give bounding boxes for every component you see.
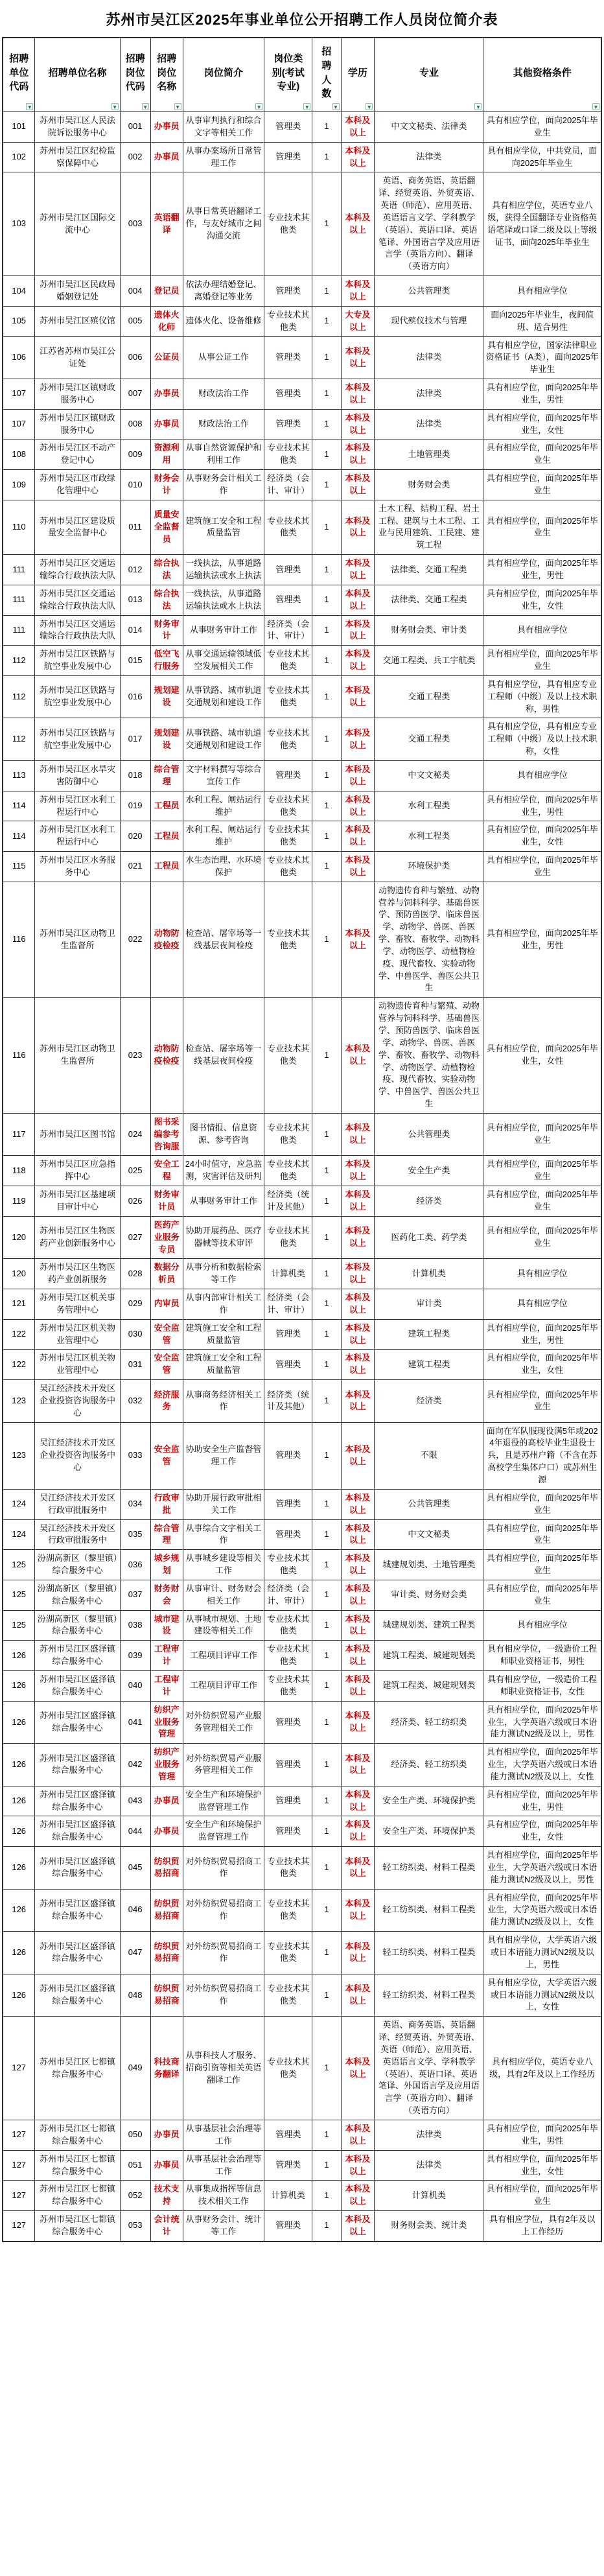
unit-code-cell: 123 <box>3 1422 35 1489</box>
post-code-cell: 024 <box>120 1113 150 1156</box>
major-cell: 土地管理类 <box>375 439 483 470</box>
education-cell: 本科及以上 <box>341 1156 375 1186</box>
category-cell: 管理类 <box>264 1816 312 1847</box>
filter-dropdown-icon[interactable]: ▼ <box>26 103 33 110</box>
post-code-cell: 013 <box>120 585 150 615</box>
count-cell: 1 <box>312 306 341 336</box>
education-cell: 本科及以上 <box>341 336 375 379</box>
other-conditions-cell: 具有相应学位，面向2025年毕业生，大学英语六级或日本语能力测试N2级及以上，男… <box>483 1701 601 1744</box>
post-description-cell: 检查站、屠宰场等一线基层夜间检疫 <box>183 998 264 1114</box>
education-cell: 本科及以上 <box>341 1422 375 1489</box>
education-cell: 本科及以上 <box>341 112 375 143</box>
table-row: 119苏州市吴江区基建项目审计中心026财务审计员从事财务审计工作经济类（统计及… <box>3 1186 601 1217</box>
other-conditions-cell: 具有相应学位，面向2025年毕业生，女性 <box>483 1350 601 1380</box>
education-cell: 本科及以上 <box>341 1786 375 1816</box>
table-row: 103苏州市吴江区国际交流中心003英语翻译从事日常英语翻译工作，与友好城市之间… <box>3 172 601 276</box>
education-cell: 本科及以上 <box>341 2181 375 2211</box>
education-cell: 本科及以上 <box>341 1113 375 1156</box>
table-row: 127苏州市吴江区七都镇综合服务中心052技术支持从事集成指挥等信息技术相关工作… <box>3 2181 601 2211</box>
post-name-cell: 规划建设 <box>150 718 183 761</box>
education-cell: 本科及以上 <box>341 760 375 791</box>
table-row: 127苏州市吴江区七都镇综合服务中心051办事员从事基层社会治理等工作管理类1本… <box>3 2150 601 2181</box>
post-name-cell: 财务审计员 <box>150 1186 183 1217</box>
unit-name-cell: 苏州市吴江区图书馆 <box>35 1113 120 1156</box>
column-header-label: 招聘单位代码 <box>9 53 29 93</box>
column-header-post-description-cell: 岗位简介▼ <box>183 38 264 112</box>
count-cell: 1 <box>312 1744 341 1786</box>
table-row: 112苏州市吴江区铁路与航空事业发展中心016规划建设从事铁路、城市轨道交通规划… <box>3 675 601 718</box>
education-cell: 本科及以上 <box>341 585 375 615</box>
category-cell: 计算机类 <box>264 2181 312 2211</box>
education-cell: 本科及以上 <box>341 1670 375 1701</box>
column-header-education-cell: 学历▼ <box>341 38 375 112</box>
count-cell: 1 <box>312 379 341 410</box>
post-code-cell: 004 <box>120 276 150 307</box>
education-cell: 本科及以上 <box>341 615 375 646</box>
table-row: 126苏州市吴江区盛泽镇综合服务中心046纺织贸易招商对外纺织贸易招商工作专业技… <box>3 1889 601 1932</box>
category-cell: 计算机类 <box>264 1259 312 1289</box>
category-cell: 管理类 <box>264 112 312 143</box>
post-code-cell: 053 <box>120 2211 150 2242</box>
other-conditions-cell: 具有相应学位 <box>483 615 601 646</box>
other-conditions-cell: 具有相应学位，具有相应专业工程师（中级）及以上技术职称，男性 <box>483 675 601 718</box>
unit-name-cell: 苏州市吴江区水利工程运行中心 <box>35 791 120 821</box>
count-cell: 1 <box>312 2150 341 2181</box>
category-cell: 专业技术其他类 <box>264 718 312 761</box>
column-header-label: 招聘人数 <box>321 46 331 99</box>
count-cell: 1 <box>312 1550 341 1580</box>
filter-dropdown-icon[interactable]: ▼ <box>303 103 310 110</box>
table-row: 126苏州市吴江区盛泽镇综合服务中心039工程审计工程项目评审工作专业技术其他类… <box>3 1641 601 1671</box>
other-conditions-cell: 具有相应学位，面向2025年毕业生，大学英语六级或日本语能力测试N2级及以上，男… <box>483 1847 601 1890</box>
post-name-cell: 工程审计 <box>150 1670 183 1701</box>
category-cell: 专业技术其他类 <box>264 1156 312 1186</box>
category-cell: 管理类 <box>264 1744 312 1786</box>
post-description-cell: 一线执法，从事道路运输执法或水上执法 <box>183 555 264 585</box>
unit-name-cell: 苏州市吴江区七都镇综合服务中心 <box>35 2181 120 2211</box>
unit-code-cell: 116 <box>3 882 35 998</box>
major-cell: 安全生产类、环境保护类 <box>375 1786 483 1816</box>
post-code-cell: 003 <box>120 172 150 276</box>
post-name-cell: 医药产业服务专员 <box>150 1216 183 1259</box>
count-cell: 1 <box>312 1816 341 1847</box>
count-cell: 1 <box>312 1580 341 1610</box>
unit-name-cell: 苏州市吴江区机关物业管理中心 <box>35 1319 120 1350</box>
education-cell: 本科及以上 <box>341 1259 375 1289</box>
filter-dropdown-icon[interactable]: ▼ <box>592 103 599 110</box>
table-row: 124吴江经济技术开发区行政审批服务中035综合管理从事综合文字相关工作管理类1… <box>3 1519 601 1550</box>
post-description-cell: 建筑施工安全和工程质量监管 <box>183 1350 264 1380</box>
category-cell: 专业技术其他类 <box>264 500 312 554</box>
unit-name-cell: 苏州市吴江区七都镇综合服务中心 <box>35 2150 120 2181</box>
category-cell: 经济类（统计及其他） <box>264 1186 312 1217</box>
category-cell: 专业技术其他类 <box>264 1847 312 1890</box>
major-cell: 建筑工程类、城建规划类 <box>375 1670 483 1701</box>
education-cell: 本科及以上 <box>341 142 375 172</box>
post-code-cell: 019 <box>120 791 150 821</box>
unit-code-cell: 126 <box>3 1889 35 1932</box>
category-cell: 管理类 <box>264 336 312 379</box>
education-cell: 本科及以上 <box>341 1641 375 1671</box>
table-row: 113苏州市吴江区水旱灾害防御中心018综合管理文字材料撰写等综合宣传工作管理类… <box>3 760 601 791</box>
unit-code-cell: 118 <box>3 1156 35 1186</box>
table-row: 125汾湖高新区（黎里镇）综合服务中心037财务财会从事审计、财务财会相关工作经… <box>3 1580 601 1610</box>
unit-name-cell: 苏州市吴江区水利工程运行中心 <box>35 821 120 852</box>
category-cell: 专业技术其他类 <box>264 821 312 852</box>
count-cell: 1 <box>312 760 341 791</box>
post-description-cell: 从事财务会计相关工作 <box>183 470 264 500</box>
category-cell: 管理类 <box>264 1489 312 1519</box>
category-cell: 管理类 <box>264 1350 312 1380</box>
category-cell: 专业技术其他类 <box>264 646 312 676</box>
count-cell: 1 <box>312 791 341 821</box>
major-cell: 中文文秘类 <box>375 1519 483 1550</box>
post-name-cell: 纺织贸易招商 <box>150 1974 183 2017</box>
major-cell: 公共管理类 <box>375 276 483 307</box>
filter-dropdown-icon[interactable]: ▼ <box>111 103 119 110</box>
other-conditions-cell: 具有相应学位，面向2025年毕业生 <box>483 1113 601 1156</box>
education-cell: 本科及以上 <box>341 555 375 585</box>
table-body: 101苏州市吴江区人民法院诉讼服务中心001办事员从事审判执行和综合文字等相关工… <box>3 112 601 2242</box>
filter-dropdown-icon[interactable]: ▼ <box>332 103 340 110</box>
category-cell: 专业技术其他类 <box>264 2017 312 2120</box>
major-cell: 财务财会类、统计类 <box>375 2211 483 2242</box>
other-conditions-cell: 具有相应学位，面向2025年毕业生，男性 <box>483 1319 601 1350</box>
major-cell: 计算机类 <box>375 1259 483 1289</box>
unit-name-cell: 苏州市吴江区不动产登记中心 <box>35 439 120 470</box>
table-row: 116苏州市吴江区动物卫生监督所023动物防疫检疫检查站、屠宰场等一线基层夜间检… <box>3 998 601 1114</box>
post-code-cell: 043 <box>120 1786 150 1816</box>
post-description-cell: 从事铁路、城市轨道交通规划和建设工作 <box>183 718 264 761</box>
major-cell: 中文文秘类 <box>375 760 483 791</box>
major-cell: 安全生产类 <box>375 1156 483 1186</box>
education-cell: 本科及以上 <box>341 2211 375 2242</box>
education-cell: 本科及以上 <box>341 1932 375 1974</box>
education-cell: 本科及以上 <box>341 675 375 718</box>
other-conditions-cell: 具有相应学位，面向2025年毕业生，女性 <box>483 585 601 615</box>
post-code-cell: 007 <box>120 379 150 410</box>
major-cell: 安全生产类、环境保护类 <box>375 1816 483 1847</box>
post-description-cell: 协助安全生产监督管理工作 <box>183 1422 264 1489</box>
column-header-post-name-cell: 招聘岗位名称▼ <box>150 38 183 112</box>
category-cell: 专业技术其他类 <box>264 1641 312 1671</box>
education-cell: 本科及以上 <box>341 1580 375 1610</box>
major-cell: 交通工程类 <box>375 718 483 761</box>
post-code-cell: 034 <box>120 1489 150 1519</box>
post-name-cell: 城乡规划 <box>150 1550 183 1580</box>
unit-code-cell: 125 <box>3 1580 35 1610</box>
filter-dropdown-icon[interactable]: ▼ <box>174 103 181 110</box>
major-cell: 法律类 <box>375 2120 483 2150</box>
post-code-cell: 035 <box>120 1519 150 1550</box>
post-description-cell: 从事内部审计相关工作 <box>183 1289 264 1320</box>
unit-name-cell: 苏州市吴江区盛泽镇综合服务中心 <box>35 1889 120 1932</box>
major-cell: 公共管理类 <box>375 1489 483 1519</box>
filter-dropdown-icon[interactable]: ▼ <box>255 103 262 110</box>
column-header-label: 其他资格条件 <box>513 67 572 78</box>
count-cell: 1 <box>312 1350 341 1380</box>
table-row: 126苏州市吴江区盛泽镇综合服务中心040工程审计工程项目评审工作专业技术其他类… <box>3 1670 601 1701</box>
post-code-cell: 015 <box>120 646 150 676</box>
other-conditions-cell: 具有相应学位，面向2025年毕业生，女性 <box>483 821 601 852</box>
other-conditions-cell: 面向2025年毕业生，夜间值班、适合男性 <box>483 306 601 336</box>
unit-name-cell: 苏州市吴江区民政局婚姻登记处 <box>35 276 120 307</box>
table-row: 120苏州市吴江区生物医药产业创新服务028数据分析员从事分析和数据检索等工作计… <box>3 1259 601 1289</box>
count-cell: 1 <box>312 998 341 1114</box>
major-cell: 法律类 <box>375 336 483 379</box>
post-description-cell: 对外纺织贸易招商工作 <box>183 1847 264 1890</box>
major-cell: 建筑工程类 <box>375 1350 483 1380</box>
count-cell: 1 <box>312 1519 341 1550</box>
post-description-cell: 从事办案场所日常管理工作 <box>183 142 264 172</box>
other-conditions-cell: 具有相应学位，面向2025年毕业生，男性 <box>483 379 601 410</box>
post-code-cell: 047 <box>120 1932 150 1974</box>
post-code-cell: 044 <box>120 1816 150 1847</box>
category-cell: 专业技术其他类 <box>264 998 312 1114</box>
education-cell: 本科及以上 <box>341 1380 375 1423</box>
table-row: 116苏州市吴江区动物卫生监督所022动物防疫检疫检查站、屠宰场等一线基层夜间检… <box>3 882 601 998</box>
unit-name-cell: 苏州市吴江区盛泽镇综合服务中心 <box>35 1701 120 1744</box>
unit-code-cell: 115 <box>3 852 35 882</box>
major-cell: 城建规划类、建筑工程类 <box>375 1610 483 1641</box>
unit-code-cell: 122 <box>3 1319 35 1350</box>
unit-code-cell: 112 <box>3 718 35 761</box>
count-cell: 1 <box>312 1380 341 1423</box>
unit-code-cell: 103 <box>3 172 35 276</box>
post-code-cell: 018 <box>120 760 150 791</box>
filter-dropdown-icon[interactable]: ▼ <box>142 103 149 110</box>
post-description-cell: 文字材料撰写等综合宣传工作 <box>183 760 264 791</box>
unit-name-cell: 吴江经济技术开发区企业投资咨询服务中心 <box>35 1422 120 1489</box>
table-row: 114苏州市吴江区水利工程运行中心020工程员水利工程、闸站运行维护专业技术其他… <box>3 821 601 852</box>
post-code-cell: 023 <box>120 998 150 1114</box>
post-name-cell: 内审员 <box>150 1289 183 1320</box>
education-cell: 本科及以上 <box>341 718 375 761</box>
table-row: 127苏州市吴江区七都镇综合服务中心053会计统计从事财务会计、统计等工作管理类… <box>3 2211 601 2242</box>
major-cell: 水利工程类 <box>375 821 483 852</box>
education-cell: 本科及以上 <box>341 409 375 439</box>
unit-code-cell: 106 <box>3 336 35 379</box>
category-cell: 管理类 <box>264 1786 312 1816</box>
count-cell: 1 <box>312 1186 341 1217</box>
category-cell: 管理类 <box>264 585 312 615</box>
unit-name-cell: 苏州市吴江区市政绿化管理中心 <box>35 470 120 500</box>
post-code-cell: 051 <box>120 2150 150 2181</box>
post-code-cell: 016 <box>120 675 150 718</box>
education-cell: 本科及以上 <box>341 1610 375 1641</box>
education-cell: 本科及以上 <box>341 172 375 276</box>
category-cell: 专业技术其他类 <box>264 1113 312 1156</box>
post-name-cell: 科技商务翻译 <box>150 2017 183 2120</box>
unit-code-cell: 126 <box>3 1744 35 1786</box>
unit-name-cell: 汾湖高新区（黎里镇）综合服务中心 <box>35 1580 120 1610</box>
post-name-cell: 办事员 <box>150 2120 183 2150</box>
education-cell: 本科及以上 <box>341 791 375 821</box>
unit-code-cell: 127 <box>3 2181 35 2211</box>
other-conditions-cell: 具有相应学位，中共党员，面向2025年毕业生 <box>483 142 601 172</box>
post-name-cell: 办事员 <box>150 112 183 143</box>
other-conditions-cell: 具有相应学位，面向2025年毕业生 <box>483 1156 601 1186</box>
category-cell: 经济类（会计、审计） <box>264 1580 312 1610</box>
post-name-cell: 工程员 <box>150 852 183 882</box>
major-cell: 土木工程、结构工程、岩土工程、建筑与土木工程、工业与民用建筑、工民建、建筑工程 <box>375 500 483 554</box>
post-description-cell: 从事科技人才服务、招商引资等相关英语翻译工作 <box>183 2017 264 2120</box>
count-cell: 1 <box>312 882 341 998</box>
post-code-cell: 012 <box>120 555 150 585</box>
count-cell: 1 <box>312 470 341 500</box>
table-row: 115苏州市吴江区水务服务中心021工程员水生态治理、水环境保护专业技术其他类1… <box>3 852 601 882</box>
other-conditions-cell: 具有相应学位，面向2025年毕业生，男性 <box>483 555 601 585</box>
other-conditions-cell: 具有相应学位，面向2025年毕业生，大学英语六级或日本语能力测试N2级及以上，女… <box>483 1744 601 1786</box>
unit-code-cell: 125 <box>3 1550 35 1580</box>
count-cell: 1 <box>312 1610 341 1641</box>
category-cell: 管理类 <box>264 1319 312 1350</box>
header-row: 招聘单位代码▼招聘单位名称▼招聘岗位代码▼招聘岗位名称▼岗位简介▼岗位类别(考试… <box>3 38 601 112</box>
other-conditions-cell: 具有相应学位，面向2025年毕业生 <box>483 1550 601 1580</box>
post-name-cell: 城市建设 <box>150 1610 183 1641</box>
post-code-cell: 042 <box>120 1744 150 1786</box>
category-cell: 专业技术其他类 <box>264 1550 312 1580</box>
other-conditions-cell: 具有相应学位 <box>483 1289 601 1320</box>
major-cell: 法律类、交通工程类 <box>375 555 483 585</box>
unit-code-cell: 127 <box>3 2211 35 2242</box>
column-header-count-cell: 招聘人数▼ <box>312 38 341 112</box>
unit-name-cell: 苏州市吴江区镇财政服务中心 <box>35 409 120 439</box>
post-name-cell: 综合执法 <box>150 555 183 585</box>
unit-name-cell: 苏州市吴江区建设质量安全监督中心 <box>35 500 120 554</box>
filter-dropdown-icon[interactable]: ▼ <box>366 103 373 110</box>
other-conditions-cell: 具有相应学位 <box>483 276 601 307</box>
category-cell: 管理类 <box>264 1701 312 1744</box>
major-cell: 动物遗传育种与繁殖、动物营养与饲料科学、基础兽医学、预防兽医学、临床兽医学、动物… <box>375 882 483 998</box>
post-name-cell: 会计统计 <box>150 2211 183 2242</box>
unit-code-cell: 107 <box>3 379 35 410</box>
post-code-cell: 045 <box>120 1847 150 1890</box>
column-header-unit-code-cell: 招聘单位代码▼ <box>3 38 35 112</box>
other-conditions-cell: 具有相应学位，面向2025年毕业生 <box>483 852 601 882</box>
post-description-cell: 安全生产和环境保护监督管理工作 <box>183 1816 264 1847</box>
post-name-cell: 纺织产业服务管理 <box>150 1701 183 1744</box>
count-cell: 1 <box>312 1786 341 1816</box>
unit-code-cell: 111 <box>3 585 35 615</box>
unit-name-cell: 汾湖高新区（黎里镇）综合服务中心 <box>35 1550 120 1580</box>
unit-code-cell: 127 <box>3 2120 35 2150</box>
table-row: 127苏州市吴江区七都镇综合服务中心049科技商务翻译从事科技人才服务、招商引资… <box>3 2017 601 2120</box>
post-description-cell: 依法办理结婚登记、离婚登记等业务 <box>183 276 264 307</box>
post-name-cell: 财务会计 <box>150 470 183 500</box>
post-description-cell: 检查站、屠宰场等一线基层夜间检疫 <box>183 882 264 998</box>
table-row: 111苏州市吴江区交通运输综合行政执法大队013综合执法一线执法，从事道路运输执… <box>3 585 601 615</box>
unit-name-cell: 苏州市吴江区机关事务管理中心 <box>35 1289 120 1320</box>
category-cell: 专业技术其他类 <box>264 675 312 718</box>
count-cell: 1 <box>312 1259 341 1289</box>
unit-code-cell: 124 <box>3 1519 35 1550</box>
post-description-cell: 从事综合文字相关工作 <box>183 1519 264 1550</box>
column-header-label: 岗位简介 <box>204 67 243 78</box>
education-cell: 本科及以上 <box>341 1974 375 2017</box>
table-row: 110苏州市吴江区建设质量安全监督中心011质量安全监督员建筑施工安全和工程质量… <box>3 500 601 554</box>
post-code-cell: 022 <box>120 882 150 998</box>
table-row: 112苏州市吴江区铁路与航空事业发展中心017规划建设从事铁路、城市轨道交通规划… <box>3 718 601 761</box>
post-code-cell: 033 <box>120 1422 150 1489</box>
filter-dropdown-icon[interactable]: ▼ <box>474 103 482 110</box>
unit-code-cell: 116 <box>3 998 35 1114</box>
post-name-cell: 综合执法 <box>150 585 183 615</box>
table-row: 105苏州市吴江区殡仪馆005遗体火化师遗体火化、设备维修专业技术其他类1大专及… <box>3 306 601 336</box>
other-conditions-cell: 具有相应学位，面向2025年毕业生，女性 <box>483 409 601 439</box>
post-description-cell: 从事基层社会治理等工作 <box>183 2120 264 2150</box>
other-conditions-cell: 具有相应学位，英语专业八级，具有2年及以上工作经历 <box>483 2017 601 2120</box>
unit-name-cell: 苏州市吴江区七都镇综合服务中心 <box>35 2211 120 2242</box>
post-code-cell: 005 <box>120 306 150 336</box>
major-cell: 法律类、交通工程类 <box>375 585 483 615</box>
other-conditions-cell: 具有相应学位，面向2025年毕业生 <box>483 2181 601 2211</box>
count-cell: 1 <box>312 555 341 585</box>
post-description-cell: 从事交通运输领域低空发展相关工作 <box>183 646 264 676</box>
category-cell: 管理类 <box>264 555 312 585</box>
table-row: 123吴江经济技术开发区企业投资咨询服务中心033安全监管协助安全生产监督管理工… <box>3 1422 601 1489</box>
major-cell: 英语、商务英语、英语翻译、经贸英语、外贸英语、英语（师范）、应用英语、英语语言文… <box>375 2017 483 2120</box>
post-description-cell: 从事审判执行和综合文字等相关工作 <box>183 112 264 143</box>
post-description-cell: 从事城乡建设等相关工作 <box>183 1550 264 1580</box>
education-cell: 本科及以上 <box>341 852 375 882</box>
major-cell: 英语、商务英语、英语翻译、经贸英语、外贸英语、英语（师范）、应用英语、英语语言文… <box>375 172 483 276</box>
unit-name-cell: 汾湖高新区（黎里镇）综合服务中心 <box>35 1610 120 1641</box>
count-cell: 1 <box>312 1847 341 1890</box>
post-name-cell: 办事员 <box>150 1786 183 1816</box>
post-description-cell: 对外纺织贸易产业服务管理相关工作 <box>183 1744 264 1786</box>
column-header-major-cell: 专业▼ <box>375 38 483 112</box>
unit-name-cell: 苏州市吴江区铁路与航空事业发展中心 <box>35 646 120 676</box>
post-code-cell: 009 <box>120 439 150 470</box>
major-cell: 经济类 <box>375 1186 483 1217</box>
major-cell: 财务财会类、审计类 <box>375 615 483 646</box>
count-cell: 1 <box>312 1489 341 1519</box>
education-cell: 本科及以上 <box>341 276 375 307</box>
post-code-cell: 032 <box>120 1380 150 1423</box>
unit-name-cell: 苏州市吴江区纪检监察保障中心 <box>35 142 120 172</box>
post-code-cell: 038 <box>120 1610 150 1641</box>
post-name-cell: 纺织贸易招商 <box>150 1847 183 1890</box>
table-row: 126苏州市吴江区盛泽镇综合服务中心048纺织贸易招商对外纺织贸易招商工作专业技… <box>3 1974 601 2017</box>
table-row: 108苏州市吴江区不动产登记中心009资源利用从事自然资源保护和利用工作专业技术… <box>3 439 601 470</box>
post-description-cell: 对外纺织贸易招商工作 <box>183 1974 264 2017</box>
education-cell: 本科及以上 <box>341 998 375 1114</box>
unit-name-cell: 苏州市吴江区七都镇综合服务中心 <box>35 2017 120 2120</box>
education-cell: 本科及以上 <box>341 1847 375 1890</box>
education-cell: 本科及以上 <box>341 1216 375 1259</box>
table-row: 102苏州市吴江区纪检监察保障中心002办事员从事办案场所日常管理工作管理类1本… <box>3 142 601 172</box>
count-cell: 1 <box>312 2017 341 2120</box>
column-header-unit-name-cell: 招聘单位名称▼ <box>35 38 120 112</box>
unit-code-cell: 107 <box>3 409 35 439</box>
major-cell: 轻工纺织类、材料工程类 <box>375 1889 483 1932</box>
unit-code-cell: 126 <box>3 1816 35 1847</box>
category-cell: 专业技术其他类 <box>264 172 312 276</box>
category-cell: 管理类 <box>264 379 312 410</box>
post-name-cell: 安全工程 <box>150 1156 183 1186</box>
table-row: 125汾湖高新区（黎里镇）综合服务中心038城市建设从事城市规划、土地建设等相关… <box>3 1610 601 1641</box>
major-cell: 法律类 <box>375 379 483 410</box>
post-code-cell: 001 <box>120 112 150 143</box>
post-name-cell: 低空飞行服务 <box>150 646 183 676</box>
unit-name-cell: 苏州市吴江区机关物业管理中心 <box>35 1350 120 1380</box>
major-cell: 动物遗传育种与繁殖、动物营养与饲料科学、基础兽医学、预防兽医学、临床兽医学、动物… <box>375 998 483 1114</box>
unit-name-cell: 苏州市吴江区人民法院诉讼服务中心 <box>35 112 120 143</box>
post-description-cell: 遗体火化、设备维修 <box>183 306 264 336</box>
unit-name-cell: 吴江经济技术开发区企业投资咨询服务中心 <box>35 1380 120 1423</box>
unit-name-cell: 苏州市吴江区交通运输综合行政执法大队 <box>35 555 120 585</box>
